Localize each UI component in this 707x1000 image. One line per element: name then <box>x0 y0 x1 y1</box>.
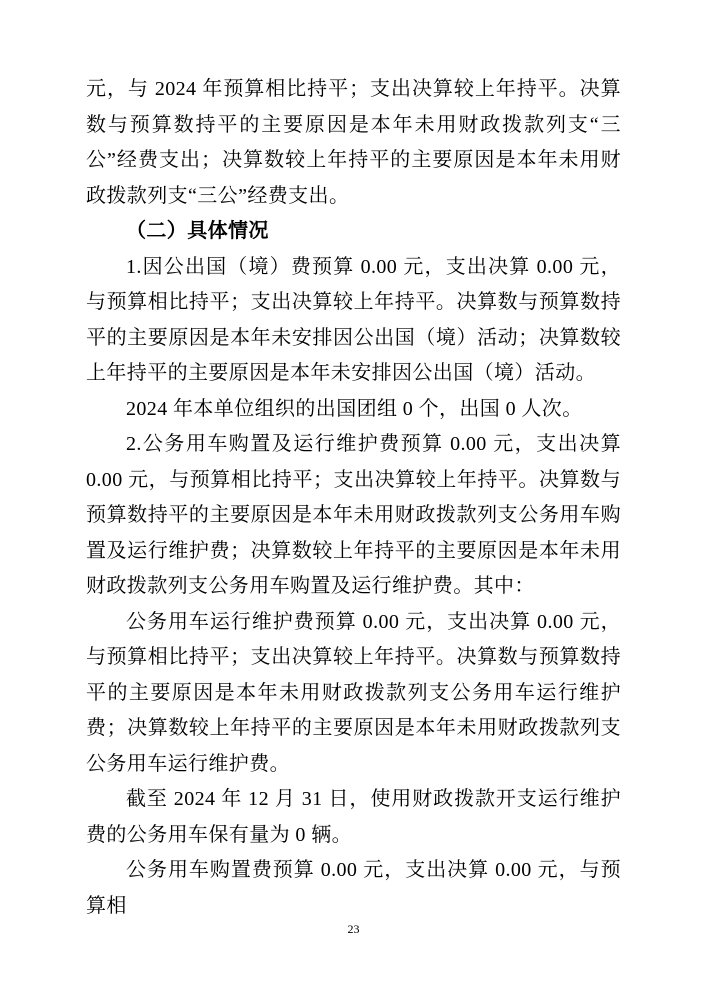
paragraph-official-vehicle-purchase-and-maintenance: 2.公务用车购置及运行维护费预算 0.00 元，支出决算 0.00 元，与预算相… <box>86 427 621 605</box>
paragraph-three-public-funds-continuation: 元，与 2024 年预算相比持平；支出决算较上年持平。决算数与预算数持平的主要原… <box>86 72 621 214</box>
section-heading-specific-situation: （二）具体情况 <box>86 214 621 250</box>
paragraph-vehicle-holding-count: 截至 2024 年 12 月 31 日，使用财政拨款开支运行维护费的公务用车保有… <box>86 782 621 853</box>
paragraph-vehicle-purchase-expense: 公务用车购置费预算 0.00 元，支出决算 0.00 元，与预算相 <box>86 853 621 924</box>
document-page: 元，与 2024 年预算相比持平；支出决算较上年持平。决算数与预算数持平的主要原… <box>0 0 707 1000</box>
paragraph-overseas-delegations-count: 2024 年本单位组织的出国团组 0 个，出国 0 人次。 <box>86 392 621 428</box>
document-body: 元，与 2024 年预算相比持平；支出决算较上年持平。决算数与预算数持平的主要原… <box>86 72 621 924</box>
paragraph-vehicle-operation-maintenance-expense: 公务用车运行维护费预算 0.00 元，支出决算 0.00 元，与预算相比持平；支… <box>86 605 621 783</box>
paragraph-overseas-travel-expense: 1.因公出国（境）费预算 0.00 元，支出决算 0.00 元，与预算相比持平；… <box>86 250 621 392</box>
page-number: 23 <box>0 922 707 937</box>
